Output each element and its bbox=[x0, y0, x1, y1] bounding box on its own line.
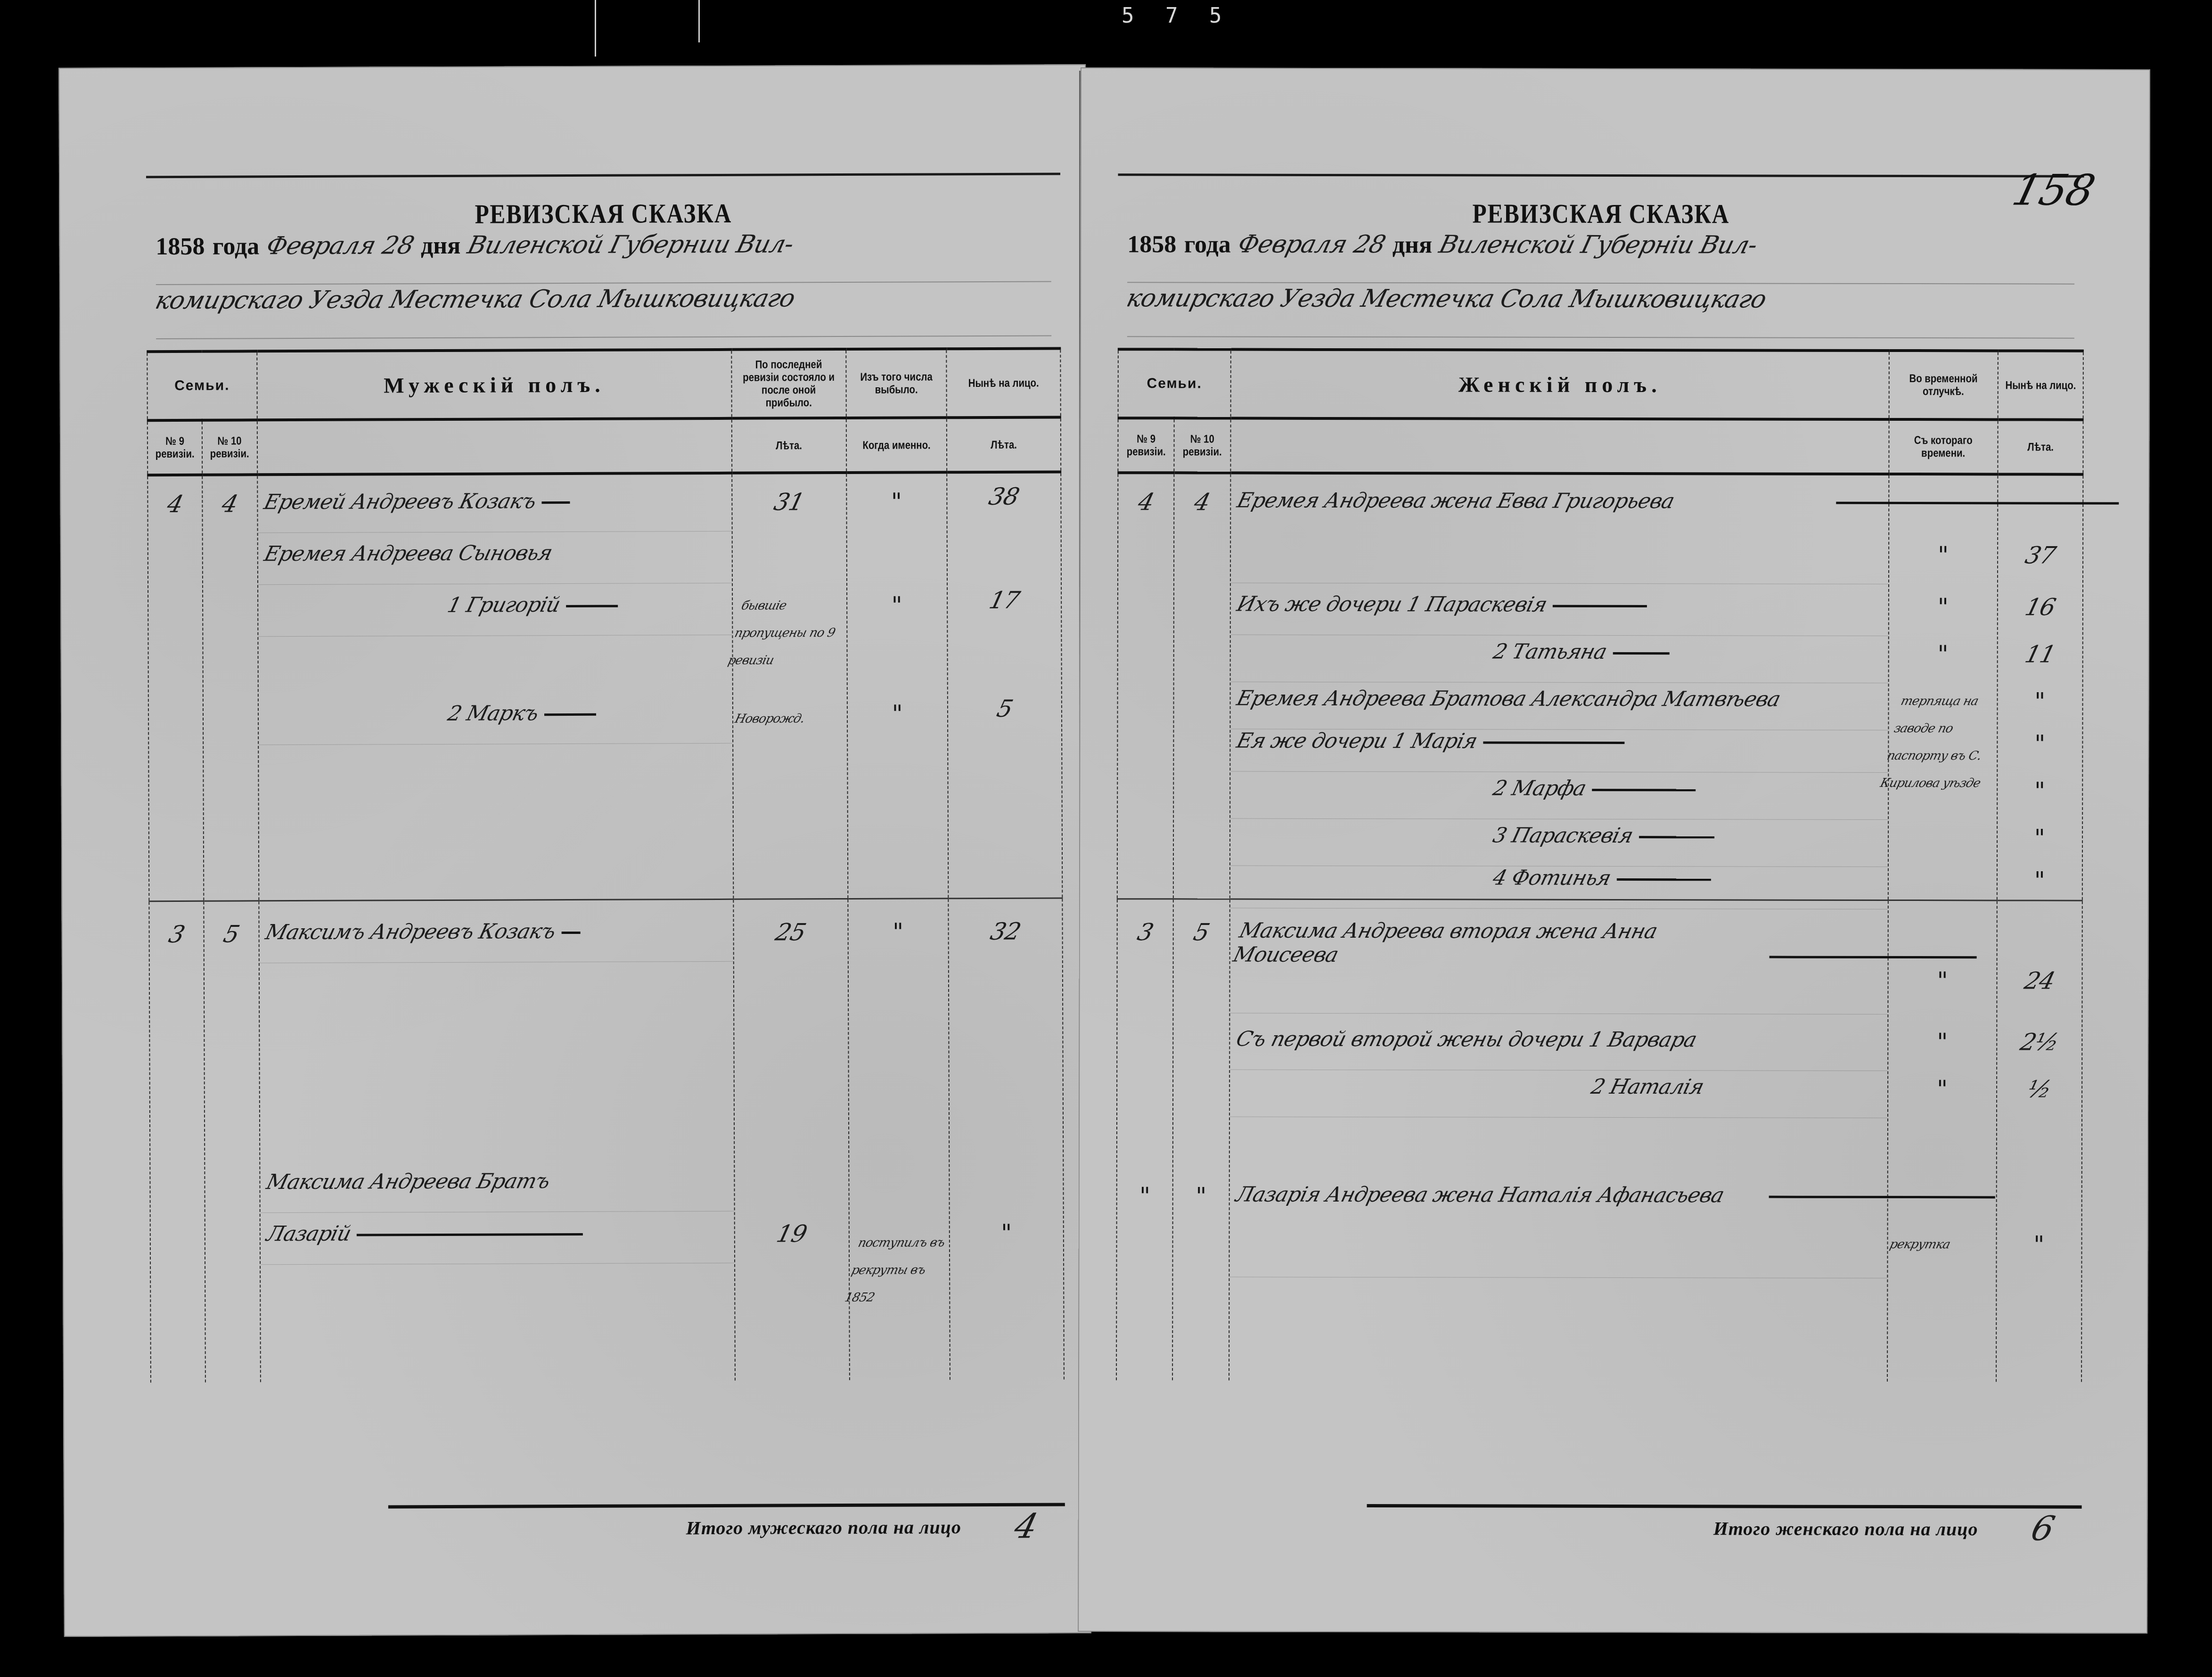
year: 1858 bbox=[1127, 231, 1176, 258]
present-age: 17 bbox=[944, 586, 1065, 614]
header-years: Лѣта. bbox=[741, 439, 837, 452]
present-age: 24 bbox=[1994, 967, 2085, 994]
present-mark: " bbox=[1998, 730, 2082, 757]
present-age: 32 bbox=[945, 917, 1065, 945]
absence-note: рекрутка bbox=[1886, 1231, 1997, 1258]
present-age: 11 bbox=[1994, 640, 2086, 668]
present-age: 2½ bbox=[1994, 1028, 2085, 1055]
frame-mark bbox=[698, 0, 700, 42]
frame-number: 5 7 5 bbox=[1122, 4, 1231, 28]
absence-mark: " bbox=[1889, 640, 1997, 668]
note-newborn: Новорожд. bbox=[732, 705, 848, 733]
intro-line-date: 1858 года Февраля 28 дня Виленской Губер… bbox=[156, 229, 1051, 285]
form-title: РЕВИЗСКАЯ СКАЗКА bbox=[215, 196, 992, 231]
absence-mark: " bbox=[1889, 967, 1996, 994]
day-word: дня bbox=[1393, 231, 1433, 258]
age-last-revision: 31 bbox=[729, 488, 850, 516]
family-no10-mark: " bbox=[1173, 1182, 1229, 1210]
family-row: 3 5 Максимъ Андреевъ Козакъ Максима Андр… bbox=[149, 898, 1064, 1383]
year-word: года bbox=[1184, 231, 1231, 258]
present-mark: " bbox=[1998, 687, 2082, 715]
person-entry: Еремея Андреева жена Евва Григорьева bbox=[1231, 489, 1889, 584]
header-present: Нынѣ на лицо. bbox=[2005, 379, 2077, 392]
person-entry: 1 Григорій bbox=[258, 592, 732, 637]
family-no10: 4 bbox=[200, 490, 261, 517]
header-no10: № 10 ревизіи. bbox=[207, 434, 253, 460]
left-page: РЕВИЗСКАЯ СКАЗКА 1858 года Февраля 28 дн… bbox=[58, 64, 1091, 1637]
district-text: комирскаго Уезда Местечка Сола Мышковицк… bbox=[156, 284, 798, 315]
header-no9: № 9 ревизіи. bbox=[152, 435, 197, 460]
present-mark: " bbox=[1998, 824, 2082, 851]
person-entry: Еремей Андреевъ Козакъ bbox=[258, 489, 732, 533]
header-no9: № 9 ревизіи. bbox=[1122, 433, 1170, 458]
intro-line-date: 1858 года Февраля 28 дня Виленской Губер… bbox=[1127, 230, 2074, 285]
person-entry: Максима Андреева вторая жена Анна Моисее… bbox=[1230, 919, 1888, 1014]
family-no9: 3 bbox=[1114, 918, 1176, 946]
person-entry: 2 Маркъ bbox=[258, 701, 732, 745]
district-text: комирскаго Уезда Местечка Сола Мышковицк… bbox=[1127, 284, 1769, 313]
female-table: Семьи. Женскій полъ. Во временной отлучк… bbox=[1116, 348, 2084, 1382]
header-male-sex: Мужескій полъ. bbox=[257, 371, 731, 398]
top-rule bbox=[1118, 173, 2084, 178]
absence-mark: " bbox=[1889, 593, 1997, 621]
note-last-revision: бывшіе пропущены по 9 ревизіи bbox=[725, 592, 854, 674]
person-entry: Максима Андреева Братъ bbox=[260, 1169, 734, 1213]
frame-mark bbox=[595, 0, 596, 57]
year-word: года bbox=[213, 233, 259, 260]
present-mark: " bbox=[1998, 777, 2082, 804]
age-last-revision: 19 bbox=[732, 1220, 852, 1248]
person-entry: 2 Наталія bbox=[1230, 1074, 1887, 1118]
person-entry: Лазарій bbox=[260, 1220, 734, 1265]
province-text: Виленской Губернии Вил- bbox=[465, 230, 797, 259]
present-mark: " bbox=[1997, 867, 2081, 894]
absence-note: терпяща на заводе по паспорту въ С. Кири… bbox=[1877, 687, 2009, 797]
month: Февраля bbox=[1235, 230, 1350, 259]
female-total-row: Итого женскаго пола на лицо 6 bbox=[1367, 1504, 2081, 1546]
male-revision-form: РЕВИЗСКАЯ СКАЗКА 1858 года Февраля 28 дн… bbox=[146, 172, 1065, 1533]
header-years-present: Лѣта. bbox=[956, 438, 1052, 451]
film-frame-strip: 5 7 5 bbox=[0, 0, 2212, 71]
person-entry: Ея же дочери 1 Марія bbox=[1230, 729, 1888, 773]
person-entry: Еремея Андреева Сыновья bbox=[258, 540, 732, 585]
person-entry: Ихъ же дочери 1 Параскевія bbox=[1231, 592, 1888, 636]
present-mark: " bbox=[950, 1219, 1063, 1247]
departed-mark: " bbox=[847, 700, 947, 728]
female-revision-form: 158 РЕВИЗСКАЯ СКАЗКА 1858 года Февраля 2… bbox=[1115, 173, 2084, 1532]
departed-mark: " bbox=[848, 918, 948, 946]
total-value: 6 bbox=[2027, 1509, 2058, 1548]
header-female-sex: Женскій полъ. bbox=[1231, 371, 1889, 397]
family-no9: 3 bbox=[146, 921, 207, 948]
present-age: 16 bbox=[1994, 593, 2086, 621]
header-no10: № 10 ревизіи. bbox=[1179, 433, 1226, 458]
header-families: Семьи. bbox=[174, 378, 229, 393]
month: Февраля bbox=[263, 231, 378, 260]
departed-mark: " bbox=[847, 488, 946, 515]
province-text: Виленской Губерніи Вил- bbox=[1436, 230, 1760, 259]
male-total-row: Итого мужескаго пола на лицо 4 bbox=[388, 1503, 1065, 1546]
day: 28 bbox=[1351, 230, 1388, 259]
note-recruited: поступилъ въ рекруты въ 1852 bbox=[841, 1229, 957, 1311]
absence-mark: " bbox=[1889, 541, 1997, 569]
present-age: 37 bbox=[1994, 541, 2086, 569]
family-no10: 4 bbox=[1171, 488, 1233, 515]
header-departed: Изъ того числа выбыло. bbox=[854, 370, 939, 396]
present-mark: " bbox=[1997, 1231, 2081, 1258]
present-age: 38 bbox=[944, 483, 1064, 510]
header-present: Нынѣ на лицо. bbox=[955, 376, 1051, 390]
total-label: Итого мужескаго пола на лицо bbox=[686, 1516, 961, 1539]
person-entry: 2 Татьяна bbox=[1231, 639, 1888, 683]
family-no9: 4 bbox=[145, 491, 205, 518]
day-word: дня bbox=[421, 232, 461, 259]
family-no10: 5 bbox=[1171, 918, 1233, 946]
age-last-revision: 25 bbox=[731, 918, 851, 946]
person-entry: 2 Марфа bbox=[1230, 776, 1888, 820]
person-entry: Лазарія Андреева жена Наталія Афанасьева bbox=[1229, 1183, 1887, 1278]
absence-mark: " bbox=[1888, 1075, 1996, 1103]
page-number: 158 bbox=[2007, 166, 2099, 215]
top-rule bbox=[146, 172, 1060, 178]
family-row: 4 4 Еремей Андреевъ Козакъ Еремея Андрее… bbox=[147, 472, 1062, 901]
header-years: Лѣта. bbox=[2005, 441, 2077, 453]
total-value: 4 bbox=[1011, 1506, 1041, 1546]
year: 1858 bbox=[156, 233, 205, 260]
header-families: Семьи. bbox=[1147, 376, 1202, 391]
person-entry: Еремея Андреева Братова Александра Матвѣ… bbox=[1230, 687, 1888, 730]
header-last-revision: По последней ревизіи состояло и после он… bbox=[741, 358, 837, 409]
male-table: Семьи. Мужескій полъ. По последней ревиз… bbox=[147, 347, 1065, 1383]
intro-line-district: комирскаго Уезда Местечка Сола Мышковицк… bbox=[156, 283, 1051, 339]
family-no9-mark: " bbox=[1117, 1182, 1173, 1210]
absence-mark: " bbox=[1888, 1028, 1996, 1055]
family-no10: 5 bbox=[201, 920, 262, 948]
header-since-when: Съ котораго времени. bbox=[1898, 434, 1989, 459]
person-entry: Съ первой второй жены дочери 1 Варвара bbox=[1230, 1027, 1887, 1071]
present-age: ½ bbox=[1993, 1075, 2085, 1103]
total-label: Итого женскаго пола на лицо bbox=[1713, 1517, 1978, 1540]
form-title: РЕВИЗСКАЯ СКАЗКА bbox=[1190, 197, 2012, 230]
present-age: 5 bbox=[945, 695, 1065, 722]
right-page: 158 РЕВИЗСКАЯ СКАЗКА 1858 года Февраля 2… bbox=[1078, 67, 2150, 1634]
header-when: Когда именно. bbox=[854, 439, 939, 452]
family-row: 3 " 5 " Максима Андреева вторая жена Анн… bbox=[1116, 899, 2082, 1382]
family-no9: 4 bbox=[1115, 488, 1177, 515]
day: 28 bbox=[379, 231, 417, 260]
person-entry: 3 Параскевія bbox=[1230, 823, 1888, 867]
family-row: 4 4 Еремея Андреева жена Евва Григорьева… bbox=[1117, 473, 2083, 900]
person-entry: Максимъ Андреевъ Козакъ bbox=[259, 919, 733, 964]
departed-mark: " bbox=[847, 591, 947, 619]
header-temp-absence: Во временной отлучкѣ. bbox=[1898, 372, 1989, 398]
intro-line-district: комирскаго Уезда Местечка Сола Мышковицк… bbox=[1127, 284, 2074, 339]
